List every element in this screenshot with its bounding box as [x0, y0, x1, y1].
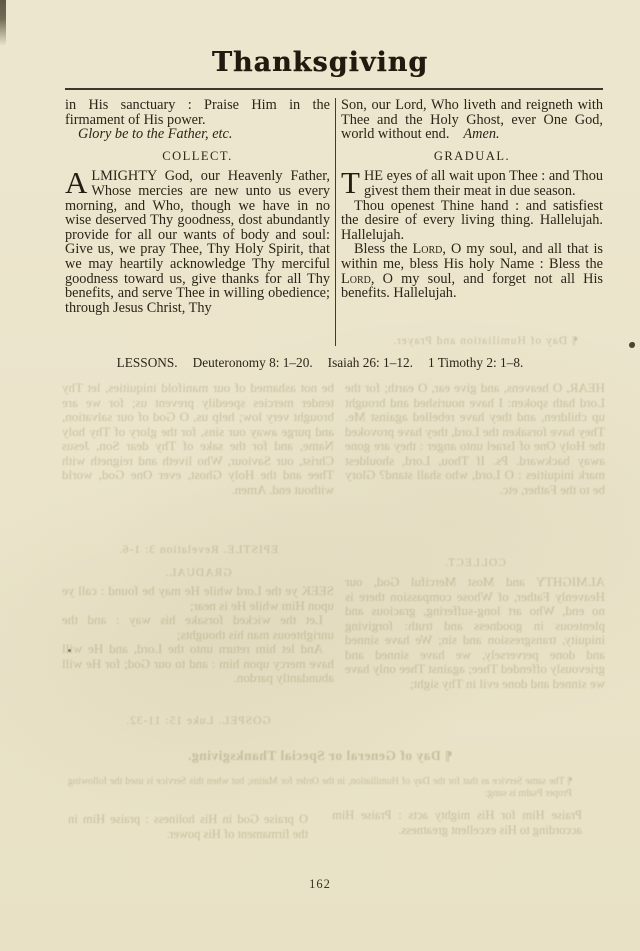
bleedthrough-left-epistle: EPISTLE. Revelation 3: 1-6. [62, 543, 334, 558]
bleedthrough-bottom-left-verse: O praise God in His holiness : praise Hi… [68, 812, 308, 841]
gloria-patri-line: Glory be to the Father, etc. [65, 127, 330, 142]
collect-text: LMIGHTY God, our Heavenly Father, Whose … [65, 168, 330, 315]
bleedthrough-bottom-heading: ¶ Day of General or Special Thanksgiving… [140, 749, 500, 764]
collect-heading: COLLECT. [65, 149, 330, 164]
collect-end-paragraph: Son, our Lord, Who liveth and reigneth w… [341, 98, 603, 142]
header-rule [65, 88, 603, 90]
bleedthrough-left-collect-end: be not ashamed of our manifold iniquitie… [62, 381, 334, 497]
dropcap-A: A [65, 169, 91, 195]
lesson-ref: 1 Timothy 2: 1–8. [428, 355, 523, 370]
bleedthrough-right-collect-heading: COLLECT. [345, 556, 605, 571]
bleedthrough-right-introit: HEAR, O heavens, and give ear, O earth; … [345, 381, 605, 497]
page-title: Thanksgiving [0, 47, 640, 78]
ink-speck [629, 342, 635, 348]
gradual-paragraph-1: THE eyes of all wait upon Thee : and Tho… [341, 169, 603, 198]
lessons-label: LESSONS. [117, 355, 178, 370]
scanned-book-page: Thanksgiving be not ashamed of our manif… [0, 0, 640, 951]
scan-edge-smudge [0, 0, 6, 46]
gradual-heading: GRADUAL. [341, 149, 603, 164]
continuation-paragraph: in His sanctuary : Praise Him in the fir… [65, 98, 330, 127]
lesson-ref: Deuteronomy 8: 1–20. [193, 355, 313, 370]
text-columns: in His sanctuary : Praise Him in the fir… [65, 98, 603, 346]
dropcap-T: T [341, 169, 364, 195]
collect-paragraph: ALMIGHTY God, our Heavenly Father, Whose… [65, 169, 330, 315]
left-column: in His sanctuary : Praise Him in the fir… [65, 98, 330, 346]
lord-smallcaps: Lord [413, 241, 443, 257]
gradual-paragraph-3: Bless the Lord, O my soul, and all that … [341, 242, 603, 300]
lessons-line: LESSONS.Deuteronomy 8: 1–20.Isaiah 26: 1… [0, 355, 640, 371]
bleedthrough-left-gospel: GOSPEL. Luke 15: 11-32. [62, 714, 334, 729]
column-divider [335, 98, 336, 346]
lesson-ref: Isaiah 26: 1–12. [328, 355, 413, 370]
right-column: Son, our Lord, Who liveth and reigneth w… [341, 98, 603, 346]
bleedthrough-left-gradual: SEEK ye the Lord while He may be found :… [62, 584, 334, 686]
amen-text: Amen. [463, 126, 499, 142]
bleedthrough-right-collect: ALMIGHTY and Most Merciful God, our Heav… [345, 575, 605, 691]
lord-smallcaps: Lord [341, 271, 371, 287]
bleedthrough-left-gradual-heading: GRADUAL. [62, 566, 334, 581]
bleedthrough-bottom-rubric: ¶ The same Service as that for the Day o… [68, 776, 572, 799]
page-number: 162 [0, 877, 640, 892]
bleedthrough-bottom-right-verse: Praise Him for His mighty acts : Praise … [332, 808, 582, 837]
gradual-paragraph-2: Thou openest Thine hand : and satisfiest… [341, 199, 603, 243]
